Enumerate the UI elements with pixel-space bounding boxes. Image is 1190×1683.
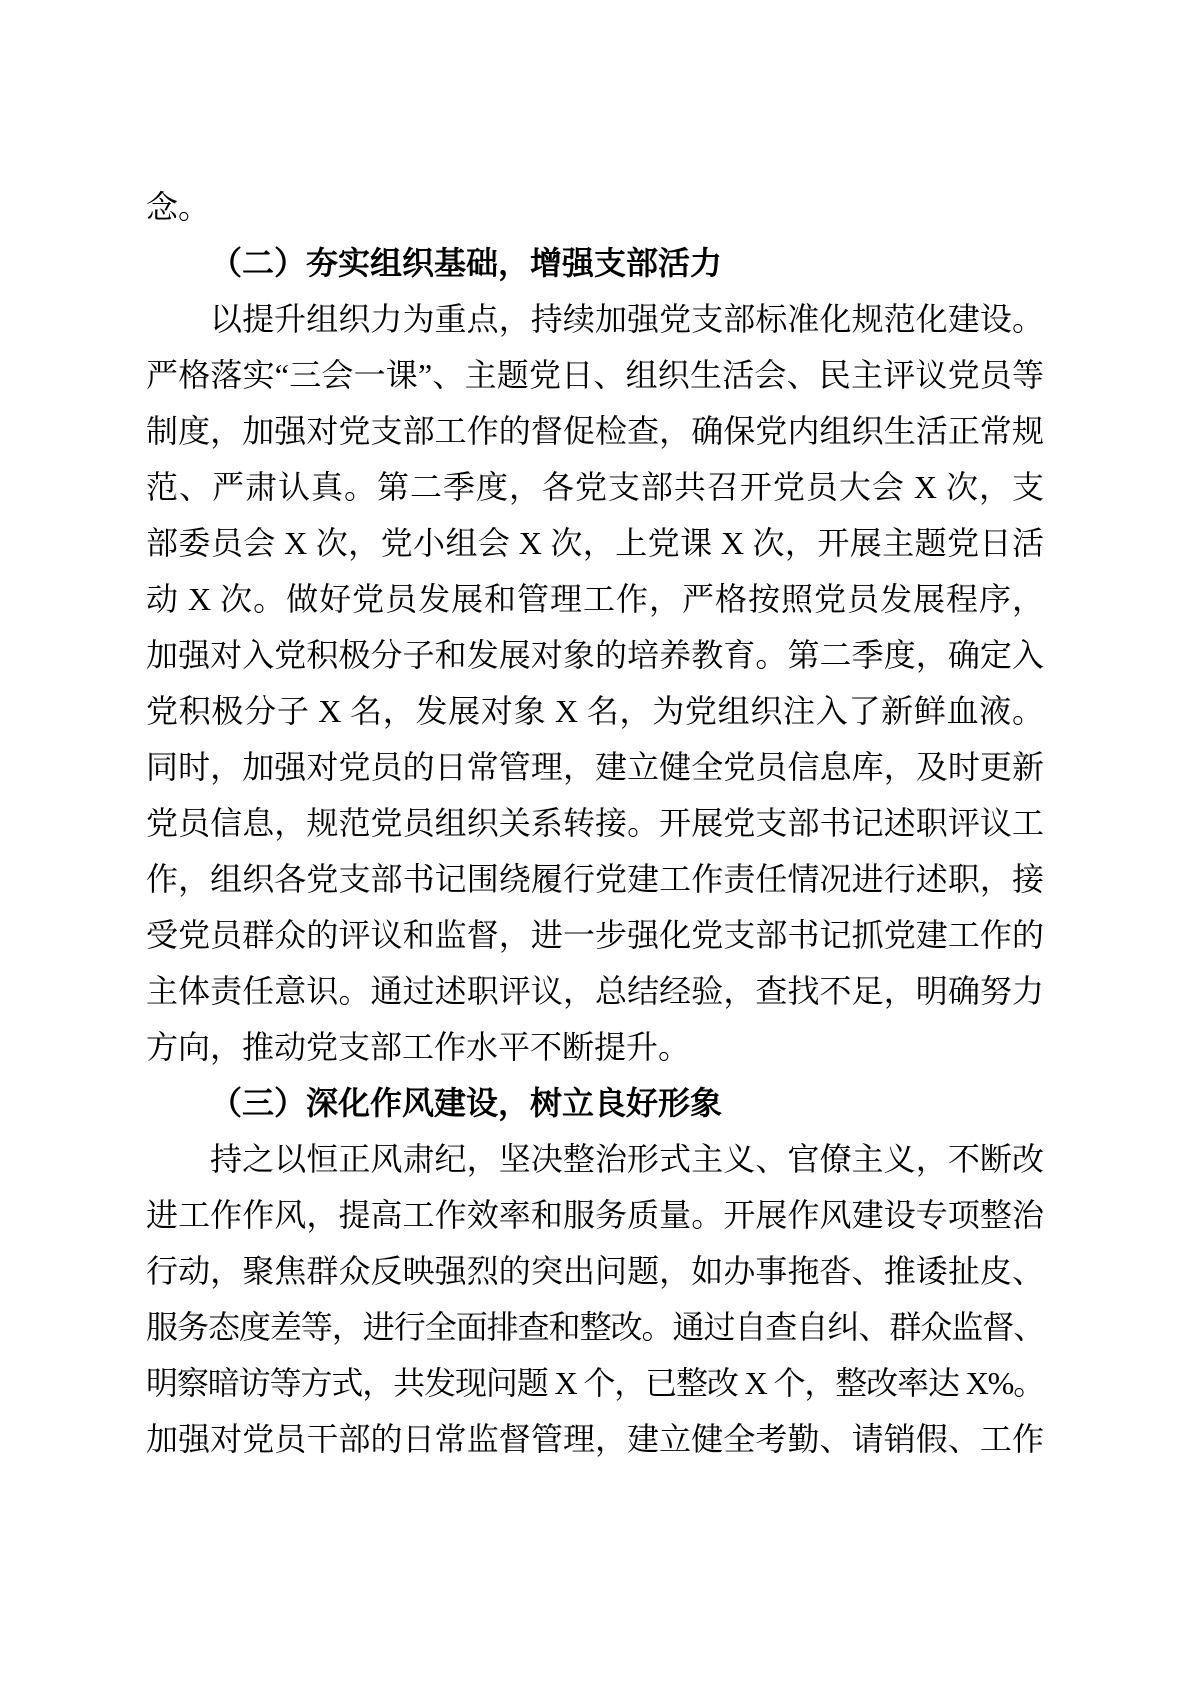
text-line: 制度，加强对党支部工作的督促检查，确保党内组织生活正常规 (146, 403, 1044, 459)
text-line: 主体责任意识。通过述职评议，总结经验，查找不足，明确努力 (146, 963, 1044, 1019)
text-line: 以提升组织力为重点，持续加强党支部标准化规范化建设。 (146, 291, 1044, 347)
text-line: 加强对入党积极分子和发展对象的培养教育。第二季度，确定入 (146, 627, 1044, 683)
section-heading-2: （二）夯实组织基础，增强支部活力 (146, 235, 1044, 291)
text-line: 明察暗访等方式，共发现问题 X 个，已整改 X 个，整改率达 X%。 (146, 1355, 1044, 1411)
paragraph-continuation-line: 念。 (146, 179, 1044, 235)
text-line: 党积极分子 X 名，发展对象 X 名，为党组织注入了新鲜血液。 (146, 683, 1044, 739)
text-line: 严格落实“三会一课”、主题党日、组织生活会、民主评议党员等 (146, 347, 1044, 403)
section-heading-3: （三）深化作风建设，树立良好形象 (146, 1075, 1044, 1131)
text-line: 党员信息，规范党员组织关系转接。开展党支部书记述职评议工 (146, 795, 1044, 851)
text-line: 持之以恒正风肃纪，坚决整治形式主义、官僚主义，不断改 (146, 1131, 1044, 1187)
page-text-block: 念。 （二）夯实组织基础，增强支部活力 以提升组织力为重点，持续加强党支部标准化… (146, 179, 1044, 1467)
text-line: 进工作作风，提高工作效率和服务质量。开展作风建设专项整治 (146, 1187, 1044, 1243)
text-line: 受党员群众的评议和监督，进一步强化党支部书记抓党建工作的 (146, 907, 1044, 963)
text-line: 范、严肃认真。第二季度，各党支部共召开党员大会 X 次，支 (146, 459, 1044, 515)
paragraph-end-line: 方向，推动党支部工作水平不断提升。 (146, 1019, 1044, 1075)
text-line: 部委员会 X 次，党小组会 X 次，上党课 X 次，开展主题党日活 (146, 515, 1044, 571)
document-page: 念。 （二）夯实组织基础，增强支部活力 以提升组织力为重点，持续加强党支部标准化… (0, 0, 1190, 1683)
text-line: 行动，聚焦群众反映强烈的突出问题，如办事拖沓、推诿扯皮、 (146, 1243, 1044, 1299)
text-line: 作，组织各党支部书记围绕履行党建工作责任情况进行述职，接 (146, 851, 1044, 907)
text-line: 同时，加强对党员的日常管理，建立健全党员信息库，及时更新 (146, 739, 1044, 795)
text-line: 服务态度差等，进行全面排查和整改。通过自查自纠、群众监督、 (146, 1299, 1044, 1355)
text-line: 动 X 次。做好党员发展和管理工作，严格按照党员发展程序， (146, 571, 1044, 627)
text-line: 加强对党员干部的日常监督管理，建立健全考勤、请销假、工作 (146, 1411, 1044, 1467)
